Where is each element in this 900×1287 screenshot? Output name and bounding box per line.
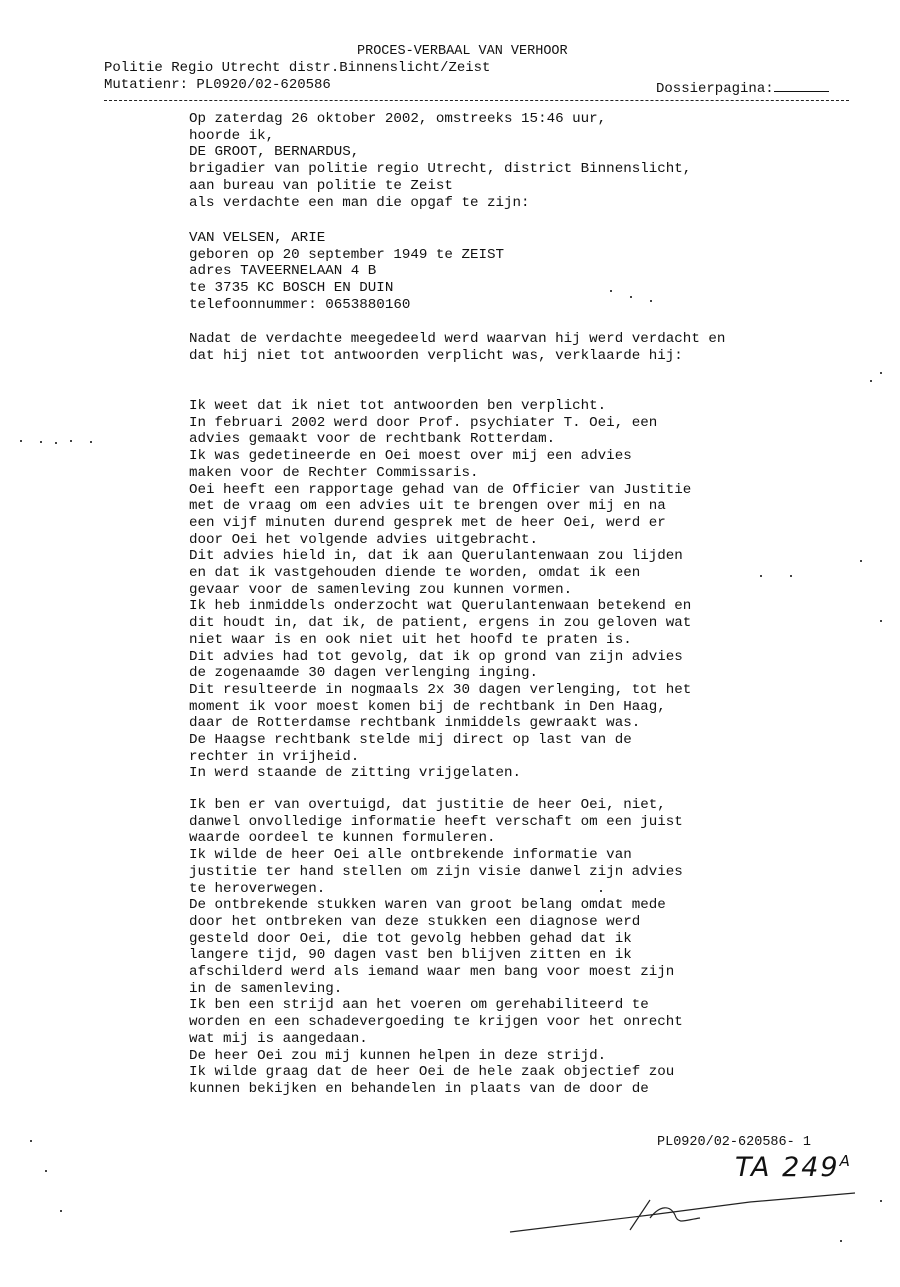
statement-line: met de vraag om een advies uit te brenge… bbox=[189, 498, 691, 515]
page-reference: PL0920/02-620586- 1 bbox=[657, 1135, 811, 1150]
statement-part-2: Ik ben er van overtuigd, dat justitie de… bbox=[189, 797, 683, 1098]
statement-line: niet waar is en ook niet uit het hoofd t… bbox=[189, 632, 691, 649]
statement-line: Dit resulteerde in nogmaals 2x 30 dagen … bbox=[189, 682, 691, 699]
statement-line: De ontbrekende stukken waren van groot b… bbox=[189, 897, 683, 914]
statement-line: advies gemaakt voor de rechtbank Rotterd… bbox=[189, 431, 691, 448]
scan-speck bbox=[790, 575, 792, 577]
scan-speck bbox=[40, 441, 42, 443]
police-organisation: Politie Regio Utrecht distr.Binnenslicht… bbox=[104, 60, 490, 76]
statement-line: afschilderd werd als iemand waar men ban… bbox=[189, 964, 683, 981]
statement-line: daar de Rotterdamse rechtbank inmiddels … bbox=[189, 715, 691, 732]
statement-line: een vijf minuten durend gesprek met de h… bbox=[189, 515, 691, 532]
statement-line: dit houdt in, dat ik, de patient, ergens… bbox=[189, 615, 691, 632]
statement-line: door Oei het volgende advies uitgebracht… bbox=[189, 532, 691, 549]
suspect-name: VAN VELSEN, ARIE bbox=[189, 230, 504, 247]
statement-line: Ik wilde graag dat de heer Oei de hele z… bbox=[189, 1064, 683, 1081]
suspect-city: te 3735 KC BOSCH EN DUIN bbox=[189, 280, 504, 297]
dossier-page-label: Dossierpagina: bbox=[656, 81, 774, 97]
statement-line: Dit advies had tot gevolg, dat ik op gro… bbox=[189, 649, 691, 666]
caution-line: Nadat de verdachte meegedeeld werd waarv… bbox=[189, 331, 725, 348]
statement-line: gevaar voor de samenleving zou kunnen vo… bbox=[189, 582, 691, 599]
header-divider bbox=[104, 100, 849, 101]
statement-line: kunnen bekijken en behandelen in plaats … bbox=[189, 1081, 683, 1098]
document-title: PROCES-VERBAAL VAN VERHOOR bbox=[357, 44, 568, 60]
statement-line: waarde oordeel te kunnen formuleren. bbox=[189, 830, 683, 847]
statement-line: en dat ik vastgehouden diende te worden,… bbox=[189, 565, 691, 582]
statement-line: In februari 2002 werd door Prof. psychia… bbox=[189, 415, 691, 432]
dossier-page-blank bbox=[774, 79, 829, 92]
suspect-details: VAN VELSEN, ARIE geboren op 20 september… bbox=[189, 230, 504, 314]
scan-speck bbox=[70, 440, 72, 442]
scan-speck bbox=[650, 300, 652, 302]
scan-speck bbox=[630, 296, 632, 298]
statement-line: de zogenaamde 30 dagen verlenging inging… bbox=[189, 665, 691, 682]
statement-line: justitie ter hand stellen om zijn visie … bbox=[189, 864, 683, 881]
intro-line: als verdachte een man die opgaf te zijn: bbox=[189, 195, 691, 212]
intro-line: brigadier van politie regio Utrecht, dis… bbox=[189, 161, 691, 178]
intro-line: hoorde ik, bbox=[189, 128, 691, 145]
statement-line: te heroverwegen. bbox=[189, 881, 683, 898]
scan-speck bbox=[760, 575, 762, 577]
intro-line: Op zaterdag 26 oktober 2002, omstreeks 1… bbox=[189, 111, 691, 128]
caution-line: dat hij niet tot antwoorden verplicht wa… bbox=[189, 348, 725, 365]
statement-part-1: Ik weet dat ik niet tot antwoorden ben v… bbox=[189, 398, 691, 782]
statement-line: langere tijd, 90 dagen vast ben blijven … bbox=[189, 947, 683, 964]
statement-line: wat mij is aangedaan. bbox=[189, 1031, 683, 1048]
scan-speck bbox=[610, 290, 612, 292]
caution-block: Nadat de verdachte meegedeeld werd waarv… bbox=[189, 331, 725, 364]
statement-line: in de samenleving. bbox=[189, 981, 683, 998]
statement-line: rechter in vrijheid. bbox=[189, 749, 691, 766]
intro-block: Op zaterdag 26 oktober 2002, omstreeks 1… bbox=[189, 111, 691, 211]
statement-line: worden en een schadevergoeding te krijge… bbox=[189, 1014, 683, 1031]
signature bbox=[500, 1160, 900, 1240]
statement-line: Ik ben een strijd aan het voeren om gere… bbox=[189, 997, 683, 1014]
intro-line: aan bureau van politie te Zeist bbox=[189, 178, 691, 195]
intro-line: DE GROOT, BERNARDUS, bbox=[189, 144, 691, 161]
scan-speck bbox=[860, 560, 862, 562]
statement-line: moment ik voor moest komen bij de rechtb… bbox=[189, 699, 691, 716]
scan-speck bbox=[90, 441, 92, 443]
suspect-birth: geboren op 20 september 1949 te ZEIST bbox=[189, 247, 504, 264]
statement-line: Ik was gedetineerde en Oei moest over mi… bbox=[189, 448, 691, 465]
suspect-phone: telefoonnummer: 0653880160 bbox=[189, 297, 504, 314]
statement-line: Ik heb inmiddels onderzocht wat Querulan… bbox=[189, 598, 691, 615]
scan-speck bbox=[880, 1200, 882, 1202]
statement-line: Oei heeft een rapportage gehad van de Of… bbox=[189, 482, 691, 499]
scan-speck bbox=[20, 440, 22, 442]
statement-line: maken voor de Rechter Commissaris. bbox=[189, 465, 691, 482]
scan-speck bbox=[840, 1240, 842, 1242]
statement-line: Ik weet dat ik niet tot antwoorden ben v… bbox=[189, 398, 691, 415]
scan-speck bbox=[60, 1210, 62, 1212]
statement-line: In werd staande de zitting vrijgelaten. bbox=[189, 765, 691, 782]
scan-speck bbox=[880, 620, 882, 622]
statement-line: De Haagse rechtbank stelde mij direct op… bbox=[189, 732, 691, 749]
scan-speck bbox=[45, 1170, 47, 1172]
statement-line: danwel onvolledige informatie heeft vers… bbox=[189, 814, 683, 831]
dossier-page-field: Dossierpagina: bbox=[656, 79, 829, 97]
scan-speck bbox=[600, 890, 602, 892]
mutation-number: Mutatienr: PL0920/02-620586 bbox=[104, 77, 331, 93]
scan-speck bbox=[880, 372, 882, 374]
statement-line: Ik ben er van overtuigd, dat justitie de… bbox=[189, 797, 683, 814]
statement-line: gesteld door Oei, die tot gevolg hebben … bbox=[189, 931, 683, 948]
scan-speck bbox=[870, 380, 872, 382]
statement-line: door het ontbreken van deze stukken een … bbox=[189, 914, 683, 931]
statement-line: De heer Oei zou mij kunnen helpen in dez… bbox=[189, 1048, 683, 1065]
suspect-address: adres TAVEERNELAAN 4 B bbox=[189, 263, 504, 280]
scan-speck bbox=[30, 1140, 32, 1142]
statement-line: Dit advies hield in, dat ik aan Querulan… bbox=[189, 548, 691, 565]
scan-speck bbox=[55, 442, 57, 444]
statement-line: Ik wilde de heer Oei alle ontbrekende in… bbox=[189, 847, 683, 864]
